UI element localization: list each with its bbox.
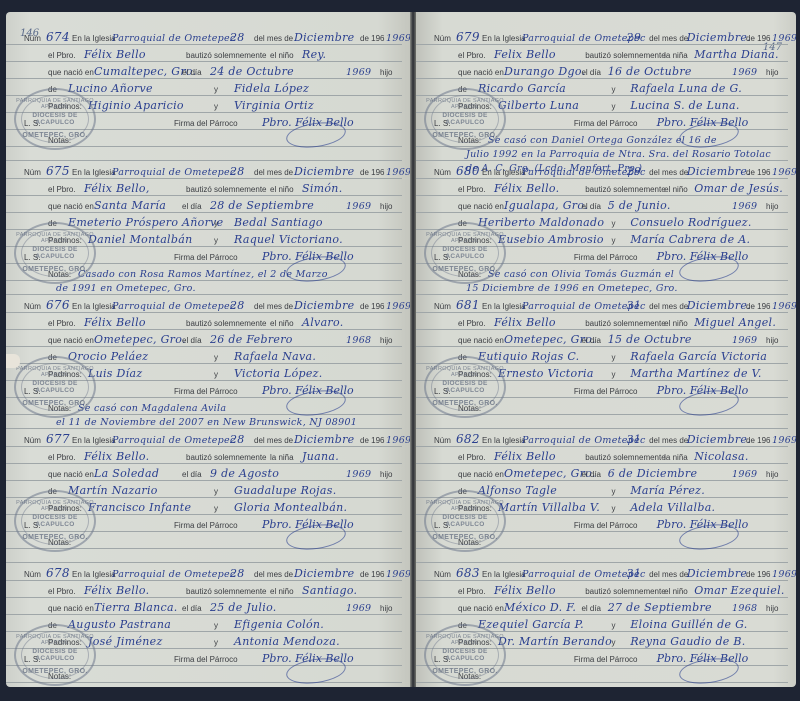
stamp-bottom-text: OMETEPEC, GRO. [22,400,87,407]
priest-name: Félix Bello [494,316,556,329]
stamp-bottom-text: OMETEPEC, GRO. [22,132,87,139]
baptism-entry: Núm681En la IglesiaParroquial de Ometepe… [416,290,796,422]
birth-day-label: el día [581,604,601,613]
birth-day-label: el día [581,336,601,345]
stamp-top-text: PARROQUIA DE SANTIAGO APOSTOL [426,98,504,110]
form-row: que nació enTierra Blanca.el día25 de Ju… [6,600,410,617]
birth-year: 1969 [732,335,757,346]
month-label: del mes de [254,570,293,579]
priest-label: el Pbro. [48,319,76,328]
and-label: y [612,353,616,362]
birth-day-label: el día [182,202,202,211]
baptism-year: 1969 [772,301,796,312]
birth-date: 16 de Octubre [608,65,692,78]
baptized-label: bautizó solemnemente [186,185,267,194]
month-label: del mes de [649,302,688,311]
stamp-middle-text: DIOCESIS DE ACAPULCO [426,380,504,394]
stamp-bottom-text: OMETEPEC, GRO. [432,668,497,675]
godfather-name: Ernesto Victoria [498,367,594,380]
priest-name: Félix Bello [84,48,146,61]
ruled-line [6,463,402,464]
baptism-entry: Núm675En la IglesiaParroquial de Ometepe… [6,156,410,288]
baptism-day: 31 [627,433,642,446]
ruled-line [416,312,788,313]
stamp-middle-text: DIOCESIS DE ACAPULCO [426,112,504,126]
and-label: y [612,621,616,630]
birthplace-label: que nació en [48,336,94,345]
priest-name: Félix Bello. [84,450,149,463]
birth-year: 1969 [346,603,371,614]
num-label: Núm [434,570,451,579]
church-label: En la Iglesia [482,168,526,177]
baptism-day: 28 [230,165,245,178]
godmother-name: Reyna Gaudio de B. [630,635,745,648]
baptized-label: bautizó solemnemente [186,319,267,328]
birth-date: 24 de Octubre [210,65,294,78]
baptism-year: 1969 [772,569,796,580]
ruled-line [416,614,788,615]
priest-name: Félix Bello [494,584,556,597]
month-label: del mes de [649,570,688,579]
parish-seal-stamp: PARROQUIA DE SANTIAGO APOSTOLDIOCESIS DE… [14,356,96,418]
son-label: hijo [380,604,392,613]
form-row: el Pbro.Félix Bello,bautizó solemnemente… [6,181,410,198]
child-name: Omar Ezequiel. [694,584,784,597]
form-row: el Pbro.Félix Bello.bautizó solemnemente… [6,449,410,466]
stamp-top-text: PARROQUIA DE SANTIAGO APOSTOL [16,366,94,378]
birth-day-label: el día [581,68,601,77]
form-row: el Pbro.Félix Bellobautizó solemnementee… [416,583,796,600]
baptized-label: bautizó solemnemente [585,453,666,462]
stamp-middle-text: DIOCESIS DE ACAPULCO [16,380,94,394]
baptism-month: Diciembre [294,299,354,312]
parish-seal-stamp: PARROQUIA DE SANTIAGO APOSTOLDIOCESIS DE… [14,490,96,552]
ruled-line [6,212,402,213]
baptism-entry: Núm678En la IglesiaParroquial de Ometepe… [6,558,410,687]
birth-date: 25 de Julio. [210,601,277,614]
num-label: Núm [24,302,41,311]
mother-name: Rafaela García Victoria [630,350,767,363]
and-label: y [612,487,616,496]
ruled-line [416,44,788,45]
and-label: y [612,638,616,647]
baptism-month: Diciembre. [687,299,751,312]
baptism-entry: Núm679En la IglesiaParroquial de Ometepe… [416,22,796,154]
form-row: que nació enIgualapa, Gro.el día5 de Jun… [416,198,796,215]
priest-name: Félix Bello, [84,182,150,195]
stamp-bottom-text: OMETEPEC, GRO. [432,400,497,407]
birth-day-label: el día [182,68,202,77]
year-label: de 196 [360,34,384,43]
child-name: Santiago. [302,584,357,597]
father-name: Heriberto Maldonado [478,216,604,229]
parish-seal-stamp: PARROQUIA DE SANTIAGO APOSTOLDIOCESIS DE… [424,490,506,552]
num-label: Núm [434,436,451,445]
and-label: y [214,85,218,94]
stamp-top-text: PARROQUIA DE SANTIAGO APOSTOL [426,366,504,378]
and-label: y [214,219,218,228]
child-gender-label: el niño [664,185,688,194]
child-name: Simón. [302,182,343,195]
num-label: Núm [24,34,41,43]
baptism-year: 1969 [386,33,410,44]
church-name: Parroquial de Ometepec [112,33,236,44]
birth-year: 1968 [732,603,757,614]
birth-day-label: el día [182,470,202,479]
godmother-name: Raquel Victoriano. [234,233,343,246]
entry-number: 675 [46,164,70,178]
birthplace-label: que nació en [458,470,504,479]
month-label: del mes de [254,34,293,43]
stamp-bottom-text: OMETEPEC, GRO. [22,534,87,541]
and-label: y [214,102,218,111]
birthplace-label: que nació en [458,68,504,77]
birth-date: 6 de Diciembre [608,467,698,480]
form-row: Núm676En la IglesiaParroquial de Ometepe… [6,298,410,315]
baptism-day: 28 [230,31,245,44]
church-label: En la Iglesia [482,436,526,445]
priest-name: Félix Bello. [494,182,559,195]
form-row: el Pbro.Félix Bello.bautizó solemnemente… [6,583,410,600]
church-label: En la Iglesia [72,168,116,177]
form-row: que nació enMéxico D. F.el día27 de Sept… [416,600,796,617]
stamp-top-text: PARROQUIA DE SANTIAGO APOSTOL [426,634,504,646]
and-label: y [612,85,616,94]
godmother-name: Lucina S. de Luna. [630,99,739,112]
note-text: Se casó con Olivia Tomás Guzmán el [488,269,674,280]
father-name: Emeterio Próspero Añorve [68,216,224,229]
priest-label: el Pbro. [48,587,76,596]
baptism-year: 1969 [386,569,410,580]
baptism-day: 29 [627,31,642,44]
stamp-middle-text: DIOCESIS DE ACAPULCO [426,246,504,260]
church-label: En la Iglesia [72,302,116,311]
form-row: que nació enDurango Dgo.el día16 de Octu… [416,64,796,81]
son-label: hijo [380,202,392,211]
ruled-line [6,44,402,45]
baptism-day: 28 [230,299,245,312]
stamp-top-text: PARROQUIA DE SANTIAGO APOSTOL [426,232,504,244]
signature-label: Firma del Párroco [574,387,638,396]
signature-label: Firma del Párroco [174,521,238,530]
stamp-bottom-text: OMETEPEC, GRO. [432,132,497,139]
ruled-line [6,446,402,447]
priest-label: el Pbro. [458,453,486,462]
baptism-day: 31 [627,567,642,580]
and-label: y [612,236,616,245]
form-row: el Pbro.Félix Bellobautizó solemnementee… [6,315,410,332]
month-label: del mes de [649,168,688,177]
and-label: y [612,504,616,513]
birthplace-label: que nació en [48,604,94,613]
mother-name: Fidela López [234,82,309,95]
child-gender-label: el niño [270,587,294,596]
birthplace: Durango Dgo. [504,65,585,78]
form-row: el Pbro.Félix Bellobautizó solemnementee… [6,47,410,64]
son-label: hijo [766,470,778,479]
priest-label: el Pbro. [458,185,486,194]
church-name: Parroquial de Ometepec [112,167,236,178]
father-name: Ezequiel García P. [478,618,584,631]
church-label: En la Iglesia [72,34,116,43]
father-name: Augusto Pastrana [68,618,171,631]
baptized-label: bautizó solemnemente [585,587,666,596]
year-label: de 196 [360,168,384,177]
birthplace: Santa María [94,199,166,212]
signature-label: Firma del Párroco [174,253,238,262]
ruled-line [416,329,788,330]
birth-day-label: el día [182,336,202,345]
ruled-line [6,312,402,313]
church-label: En la Iglesia [482,302,526,311]
stamp-top-text: PARROQUIA DE SANTIAGO APOSTOL [426,500,504,512]
num-label: Núm [24,168,41,177]
birth-date: 28 de Septiembre [210,199,314,212]
form-row: Núm681En la IglesiaParroquial de Ometepe… [416,298,796,315]
baptism-month: Diciembre [294,567,354,580]
baptism-entry: Núm680En la IglesiaParroquial de Ometepe… [416,156,796,288]
son-label: hijo [766,68,778,77]
father-name: Ricardo García [478,82,566,95]
priest-label: el Pbro. [48,185,76,194]
and-label: y [214,621,218,630]
son-label: hijo [380,336,392,345]
godfather-name: Martín Villalba V. [498,501,600,514]
open-register-book: 146 Núm674En la IglesiaParroquial de Ome… [6,12,800,687]
birth-day-label: el día [182,604,202,613]
birth-day-label: el día [581,202,601,211]
father-name: Alfonso Tagle [478,484,557,497]
priest-label: el Pbro. [458,319,486,328]
ruled-line [6,346,402,347]
num-label: Núm [434,302,451,311]
ruled-line [416,78,788,79]
church-name: Parroquial de Ometepec [112,301,236,312]
parish-seal-stamp: PARROQUIA DE SANTIAGO APOSTOLDIOCESIS DE… [424,624,506,686]
church-label: En la Iglesia [482,34,526,43]
baptized-label: bautizó solemnemente [186,453,267,462]
signature-label: Firma del Párroco [574,655,638,664]
stamp-bottom-text: OMETEPEC, GRO. [22,266,87,273]
baptism-month: Diciembre. [687,31,751,44]
mother-name: Rafaela Luna de G. [630,82,742,95]
form-row: el Pbro.Félix Bellobautizó solemnementee… [416,315,796,332]
month-label: del mes de [254,436,293,445]
godmother-name: Virginia Ortiz [234,99,314,112]
birthplace-label: que nació en [458,336,504,345]
church-label: En la Iglesia [72,570,116,579]
baptized-label: bautizó solemnemente [186,51,267,60]
birthplace: La Soledad [94,467,159,480]
form-row: que nació enOmetepec, Gro.el día6 de Dic… [416,466,796,483]
month-label: del mes de [254,302,293,311]
child-name: Omar de Jesús. [694,182,783,195]
parish-seal-stamp: PARROQUIA DE SANTIAGO APOSTOLDIOCESIS DE… [14,88,96,150]
stamp-bottom-text: OMETEPEC, GRO. [432,534,497,541]
child-name: Alvaro. [302,316,344,329]
form-row: que nació enOmetepec, Gro.el día15 de Oc… [416,332,796,349]
stamp-middle-text: DIOCESIS DE ACAPULCO [426,514,504,528]
godfather-name: Daniel Montalbán [88,233,192,246]
baptism-year: 1969 [772,435,796,446]
mother-name: María Pérez. [630,484,705,497]
child-gender-label: el niño [270,185,294,194]
form-row: Núm683En la IglesiaParroquial de Ometepe… [416,566,796,583]
birth-date: 26 de Febrero [210,333,293,346]
ruled-line [416,480,788,481]
form-row: el Pbro.Felix Bellobautizó solemnementel… [416,47,796,64]
godmother-name: Antonia Mendoza. [234,635,340,648]
godmother-name: Martha Martínez de V. [630,367,761,380]
son-label: hijo [380,68,392,77]
birthplace-label: que nació en [48,202,94,211]
child-name: Martha Diana. [694,48,779,61]
and-label: y [214,638,218,647]
baptism-month: Diciembre [294,433,354,446]
godfather-name: Higinio Aparicio [88,99,184,112]
year-label: de 196 [746,570,770,579]
num-label: Núm [24,570,41,579]
son-label: hijo [766,336,778,345]
year-label: de 196 [360,436,384,445]
form-row: que nació enSanta Maríael día28 de Septi… [6,198,410,215]
child-name: Rey. [302,48,326,61]
father-name: Eutiquio Rojas C. [478,350,579,363]
bookmark-ribbon [6,354,20,368]
year-label: de 196 [746,168,770,177]
child-gender-label: la niña [664,51,688,60]
baptism-entry: Núm676En la IglesiaParroquial de Ometepe… [6,290,410,422]
form-row: Núm677En la IglesiaParroquial de Ometepe… [6,432,410,449]
ruled-line [6,580,402,581]
birthplace: México D. F. [504,601,576,614]
year-label: de 196 [746,34,770,43]
baptism-month: Diciembre. [687,165,751,178]
ruled-line [416,580,788,581]
child-name: Nicolasa. [694,450,748,463]
signature-label: Firma del Párroco [574,521,638,530]
baptism-entry: Núm683En la IglesiaParroquial de Ometepe… [416,558,796,687]
form-row: que nació enCumaltepec, Gro.el día24 de … [6,64,410,81]
church-name: Parroquial de Ometepec [112,435,236,446]
baptism-year: 1969 [772,167,796,178]
mother-name: Bedal Santiago [234,216,323,229]
baptized-label: bautizó solemnemente [186,587,267,596]
priest-name: Félix Bello. [84,584,149,597]
priest-label: el Pbro. [458,587,486,596]
baptism-day: 29 [627,165,642,178]
baptism-month: Diciembre [687,567,747,580]
form-row: el Pbro.Félix Bello.bautizó solemnemente… [416,181,796,198]
and-label: y [214,487,218,496]
year-label: de 196 [360,302,384,311]
entry-number: 683 [456,566,480,580]
ruled-line [6,195,402,196]
baptism-entry: Núm677En la IglesiaParroquial de Ometepe… [6,424,410,556]
godfather-name: Francisco Infante [88,501,191,514]
num-label: Núm [434,34,451,43]
entry-number: 682 [456,432,480,446]
priest-name: Felix Bello [494,48,556,61]
stamp-middle-text: DIOCESIS DE ACAPULCO [16,246,94,260]
month-label: del mes de [649,34,688,43]
baptism-month: Diciembre [294,165,354,178]
mother-name: Consuelo Rodríguez. [630,216,751,229]
birthplace-label: que nació en [48,68,94,77]
right-page: 147 Núm679En la IglesiaParroquial de Ome… [416,12,796,687]
form-row: el Pbro.Félix Bellobautizó solemnementel… [416,449,796,466]
entry-number: 676 [46,298,70,312]
birth-day-label: el día [581,470,601,479]
stamp-middle-text: DIOCESIS DE ACAPULCO [16,112,94,126]
godmother-name: Victoria López. [234,367,323,380]
ruled-line [6,78,402,79]
baptism-entry: Núm674En la IglesiaParroquial de Ometepe… [6,22,410,154]
left-page: 146 Núm674En la IglesiaParroquial de Ome… [6,12,410,687]
year-label: de 196 [746,436,770,445]
stamp-middle-text: DIOCESIS DE ACAPULCO [426,648,504,662]
church-label: En la Iglesia [482,570,526,579]
entry-number: 679 [456,30,480,44]
father-name: Orocio Peláez [68,350,148,363]
priest-label: el Pbro. [48,51,76,60]
father-name: Martín Nazario [68,484,158,497]
and-label: y [214,504,218,513]
godfather-name: Dr. Martín Berando [498,635,612,648]
stamp-middle-text: DIOCESIS DE ACAPULCO [16,514,94,528]
and-label: y [214,353,218,362]
signature-label: Firma del Párroco [574,119,638,128]
child-name: Juana. [302,450,339,463]
form-row: Núm680En la IglesiaParroquial de Ometepe… [416,164,796,181]
birth-year: 1969 [346,67,371,78]
priest-label: el Pbro. [48,453,76,462]
stamp-top-text: PARROQUIA DE SANTIAGO APOSTOL [16,232,94,244]
note-text: Se casó con Magdalena Avila [78,403,226,414]
stamp-bottom-text: OMETEPEC, GRO. [432,266,497,273]
birth-date: 27 de Septiembre [608,601,712,614]
birthplace: Tierra Blanca. [94,601,178,614]
birth-year: 1969 [346,469,371,480]
parish-seal-stamp: PARROQUIA DE SANTIAGO APOSTOLDIOCESIS DE… [424,356,506,418]
baptism-year: 1969 [386,435,410,446]
birth-date: 9 de Agosto [210,467,279,480]
birth-year: 1969 [732,201,757,212]
child-gender-label: el niño [270,51,294,60]
month-label: del mes de [254,168,293,177]
child-gender-label: la niña [270,453,294,462]
ruled-line [6,480,402,481]
child-gender-label: la niña [664,453,688,462]
mother-name: Eloina Guillén de G. [630,618,747,631]
baptism-day: 28 [230,567,245,580]
and-label: y [214,370,218,379]
child-gender-label: el niño [664,319,688,328]
form-row: Núm682En la IglesiaParroquial de Ometepe… [416,432,796,449]
child-gender-label: el niño [664,587,688,596]
entry-number: 678 [46,566,70,580]
birthplace-label: que nació en [458,604,504,613]
ruled-line [416,195,788,196]
entry-number: 681 [456,298,480,312]
ruled-line [416,61,788,62]
baptism-year: 1969 [386,167,410,178]
entry-number: 677 [46,432,70,446]
birth-year: 1968 [346,335,371,346]
godfather-name: José Jiménez [88,635,163,648]
mother-name: Guadalupe Rojas. [234,484,337,497]
baptism-month: Diciembre [294,31,354,44]
